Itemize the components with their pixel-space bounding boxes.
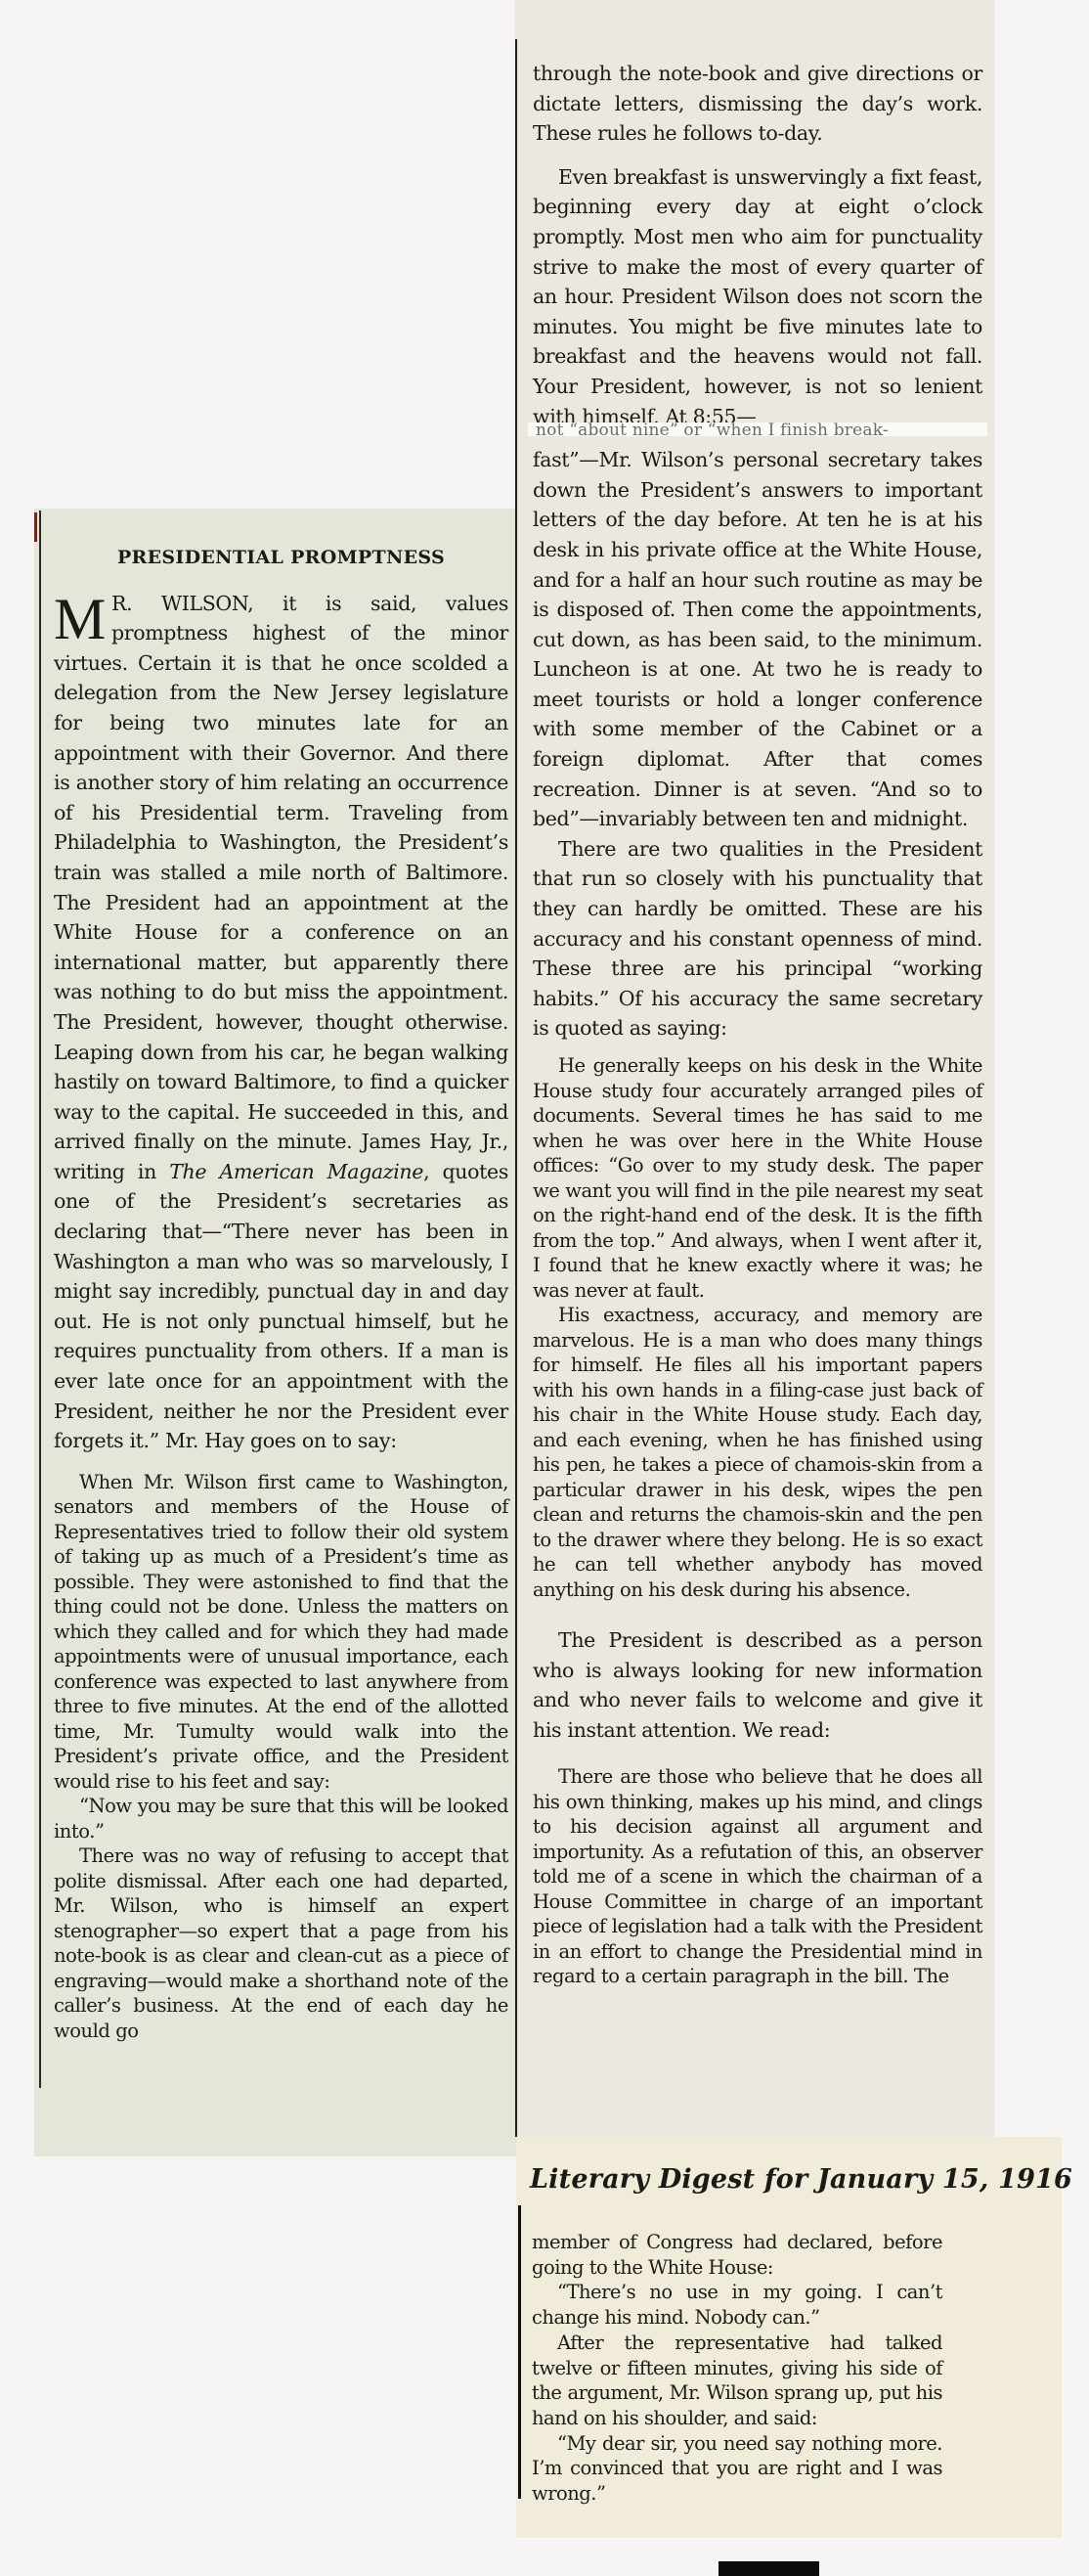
drop-cap: M: [54, 595, 106, 644]
quote-paragraph: There was no way of refusing to accept t…: [54, 1843, 508, 2043]
quote-paragraph: When Mr. Wilson first came to Washington…: [54, 1470, 508, 1795]
paragraph: There are two qualities in the President…: [533, 834, 982, 1044]
quote-paragraph: There are those who believe that he does…: [533, 1764, 982, 1989]
paragraph: The President is described as a person w…: [533, 1625, 982, 1745]
column-rule: [515, 39, 517, 2137]
torn-line-text: not “about nine” or “when I finish break…: [536, 421, 889, 440]
column-rule: [518, 2205, 521, 2499]
quote-paragraph: His exactness, accuracy, and memory are …: [533, 1303, 982, 1602]
paragraph: fast”—Mr. Wilson’s personal secretary ta…: [533, 445, 982, 834]
left-column-text: PRESIDENTIAL PROMPTNESS MR. WILSON, it i…: [54, 523, 508, 2043]
magazine-title: The American Magazine: [169, 1160, 423, 1183]
torn-edge-mark: [34, 512, 37, 542]
paragraph: through the note-book and give direction…: [533, 59, 982, 149]
right-column-text: through the note-book and give direction…: [533, 59, 982, 1989]
right-clipping: through the note-book and give direction…: [515, 0, 994, 2137]
source-heading: Literary Digest for January 15, 1916: [530, 2164, 1072, 2195]
quote-paragraph: “My dear sir, you need say nothing more.…: [532, 2431, 942, 2507]
paragraph: Even breakfast is unswervingly a fixt fe…: [533, 162, 982, 431]
paragraph-intro: MR. WILSON, it is said, values promptnes…: [54, 589, 508, 1456]
article-title: PRESIDENTIAL PROMPTNESS: [54, 543, 508, 573]
black-bar-mark: [719, 2561, 819, 2576]
quote-paragraph: “There’s no use in my going. I can’t cha…: [532, 2280, 942, 2330]
left-clipping: PRESIDENTIAL PROMPTNESS MR. WILSON, it i…: [34, 509, 523, 2156]
bottom-clipping: Literary Digest for January 15, 1916 mem…: [516, 2137, 1062, 2538]
paragraph: After the representative had talked twel…: [532, 2331, 942, 2431]
quote-paragraph: “Now you may be sure that this will be l…: [54, 1794, 508, 1843]
bottom-column-text: member of Congress had declared, before …: [532, 2230, 942, 2507]
quote-paragraph: He generally keeps on his desk in the Wh…: [533, 1053, 982, 1303]
paragraph: member of Congress had declared, before …: [532, 2230, 942, 2280]
column-rule: [39, 511, 41, 2088]
